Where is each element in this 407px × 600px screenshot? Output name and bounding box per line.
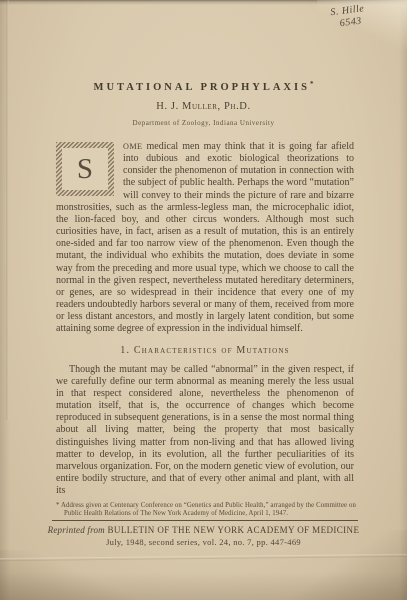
title-text: MUTATIONAL PROPHYLAXIS	[94, 82, 310, 93]
paragraph-2: Though the mutant may be called “abnorma…	[56, 364, 354, 498]
footnote: * Address given at Centenary Conference …	[56, 502, 356, 518]
scanned-document-page: S. Hille 6543 MUTATIONAL PROPHYLAXIS* H.…	[0, 0, 407, 600]
article-body: Some medical men may think that it is go…	[56, 141, 354, 497]
journal-name: BULLETIN OF THE NEW YORK ACADEMY OF MEDI…	[108, 525, 360, 535]
reprint-prefix: Reprinted from	[48, 525, 105, 535]
drop-cap-letter: S	[62, 148, 108, 190]
affiliation-line: Department of Zoology, Indiana Universit…	[0, 119, 407, 127]
lead-small-caps: ome	[123, 142, 142, 151]
paragraph-1: Some medical men may think that it is go…	[56, 141, 354, 336]
author-line: H. J. Muller, Ph.D.	[0, 101, 407, 112]
bottom-left-crease	[0, 550, 150, 600]
section-heading: 1. Characteristics of Mutations	[56, 345, 354, 357]
citation-line: July, 1948, second series, vol. 24, no. …	[0, 537, 407, 547]
drop-cap-ornament-frame: S	[56, 142, 114, 196]
title-footnote-asterisk: *	[310, 80, 314, 88]
reprint-line: Reprinted from BULLETIN OF THE NEW YORK …	[0, 525, 407, 535]
page-title: MUTATIONAL PROPHYLAXIS*	[0, 80, 407, 93]
footnote-text: Address given at Centenary Conference on…	[60, 502, 357, 517]
left-crease	[6, 0, 9, 420]
separator-rule	[52, 520, 358, 521]
